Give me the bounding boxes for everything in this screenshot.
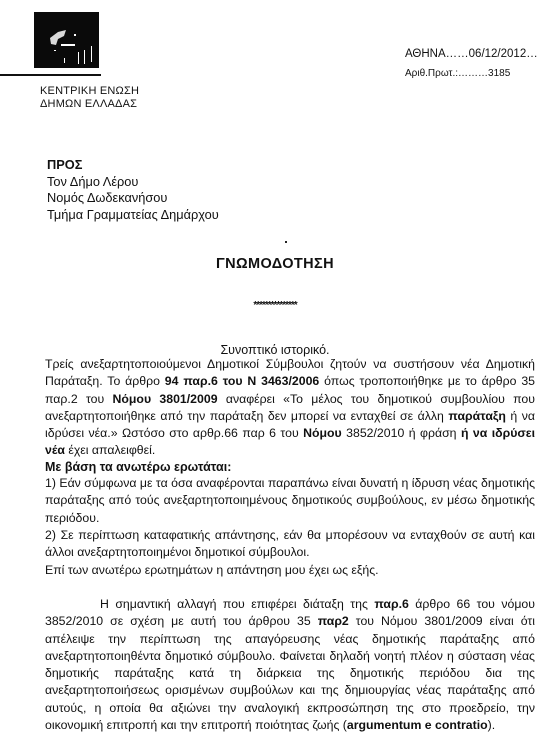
separator: *************** [0,300,550,311]
recipient-heading: ΠΡΟΣ [47,157,219,174]
history-heading: Συνοπτικό ιστορικό. [0,343,550,357]
question-item: 2) Σε περίπτωση καταφατικής απάντησης, ε… [45,527,535,562]
answer-paragraph: Η σημαντική αλλαγή που επιφέρει διάταξη … [45,596,535,734]
question-item: 1) Εάν σύμφωνα με τα όσα αναφέρονται παρ… [45,475,535,527]
recipient-block: ΠΡΟΣ Τον Δήμο Λέρου Νομός Δωδεκανήσου Τμ… [47,157,219,223]
emphasized-text: παράταξη [448,409,506,423]
header-rule [0,74,101,76]
protocol-number: Αριθ.Πρωτ.:………3185 [405,68,510,79]
questions-list: 1) Εάν σύμφωνα με τα όσα αναφέρονται παρ… [45,475,535,561]
recipient-line: Τμήμα Γραμματείας Δημάρχου [47,207,219,224]
history-paragraph: Τρείς ανεξαρτητοποιούμενοι Δημοτικοί Σύμ… [45,356,535,460]
emphasized-text: Νόμου 3801/2009 [113,392,218,406]
emblem-icon [34,12,99,68]
organization-name: ΚΕΝΤΡΙΚΗ ΕΝΩΣΗ ΔΗΜΩΝ ΕΛΛΑΔΑΣ [40,85,139,111]
emphasized-text: παρ.6 [374,597,409,611]
document-date: ΑΘΗΝΑ……06/12/2012… [405,48,538,60]
recipient-line: Νομός Δωδεκανήσου [47,190,219,207]
organization-line: ΔΗΜΩΝ ΕΛΛΑΔΑΣ [40,98,139,111]
emphasized-text: argumentum e contratio [347,718,488,732]
organization-line: ΚΕΝΤΡΙΚΗ ΕΝΩΣΗ [40,85,139,98]
text-run: 3852/2010 ή φράση [342,426,461,440]
text-run: του Νόμου 3801/2009 είναι ότι απέλειψε τ… [45,614,535,732]
questions-heading: Με βάση τα ανωτέρω ερωτάται: [45,460,231,474]
scan-speck [285,241,287,243]
emphasized-text: 94 παρ.6 του Ν 3463/2006 [165,374,319,388]
emphasized-text: παρ2 [318,614,349,628]
document-title: ΓΝΩΜΟΔΟΤΗΣΗ [0,256,550,272]
emphasized-text: Νόμου [303,426,342,440]
answer-intro: Επί των ανωτέρω ερωτημάτων η απάντηση μο… [45,562,535,579]
text-run: Η σημαντική αλλαγή που επιφέρει διάταξη … [100,597,374,611]
organization-logo [34,12,99,68]
text-run: ). [488,718,496,732]
text-run: έχει απαλειφθεί. [65,443,155,457]
recipient-line: Τον Δήμο Λέρου [47,174,219,191]
